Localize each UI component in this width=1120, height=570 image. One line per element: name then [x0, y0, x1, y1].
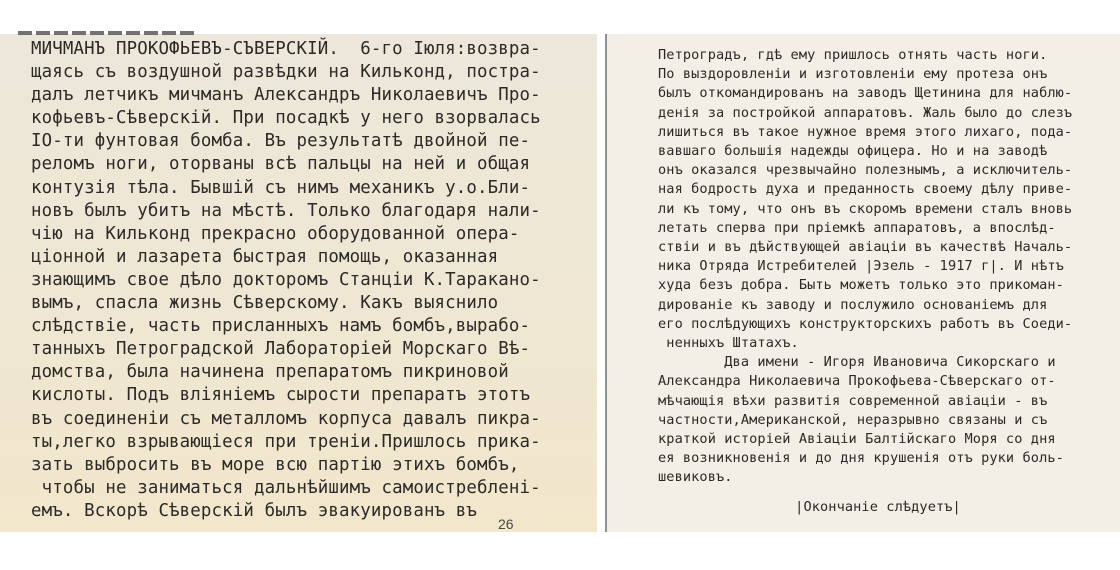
- left-page-line: слѣдствіе, часть присланныхъ намъ бомбъ,…: [31, 315, 591, 338]
- right-page-line: Александра Николаевича Прокофьева-Сѣверс…: [658, 372, 1118, 391]
- page-number: 26: [498, 516, 514, 532]
- right-page-line: По выздоровленіи и изготовленіи ему прот…: [658, 65, 1118, 84]
- right-page-line: онъ оказался чрезвычайно полезнымъ, а ис…: [658, 161, 1118, 180]
- left-page-line: въ соединеніи съ металломъ корпуса давал…: [31, 408, 591, 431]
- right-page-line: ли къ тому, что онъ въ скоромъ времени с…: [658, 200, 1118, 219]
- left-page: МИЧМАНЪ ПРОКОФЬЕВЪ-СЪВЕРСКІЙ. 6-го Іюля:…: [0, 34, 597, 532]
- right-page-line: денія за постройкой аппаратовъ. Жаль был…: [658, 104, 1118, 123]
- right-page-line: вавшаго большія надежды офицера. Но и на…: [658, 142, 1118, 161]
- right-page-line: ствіи и въ дѣйствующей авіаціи въ качест…: [658, 238, 1118, 257]
- left-page-line: зать выбросить въ море всю партію этихъ …: [31, 454, 591, 477]
- left-page-line: чтобы не заниматься дальнѣйшимъ самоистр…: [31, 477, 591, 500]
- left-page-line: танныхъ Петроградской Лабораторіей Морск…: [31, 338, 591, 361]
- right-page-line: его послѣдующихъ конструкторскихъ работъ…: [658, 315, 1118, 334]
- right-page-line: частности,Американской, неразрывно связа…: [658, 411, 1118, 430]
- right-page-text: Петроградъ, гдѣ ему пришлось отнять част…: [658, 46, 1118, 517]
- left-page-line: реломъ ноги, оторваны всѣ пальцы на ней …: [31, 153, 591, 176]
- left-page-line: домства, была начинена препаратомъ пикри…: [31, 361, 591, 384]
- right-page-line: дированіе къ заводу и послужило основані…: [658, 296, 1118, 315]
- left-page-line: ціонной и лазарета быстрая помощь, оказа…: [31, 246, 591, 269]
- right-page-line: худа безъ добра. Быть можетъ только это …: [658, 276, 1118, 295]
- left-page-line: чію на Кильконд прекрасно оборудованной …: [31, 223, 591, 246]
- left-page-line: знающимъ свое дѣло докторомъ Станціи К.Т…: [31, 269, 591, 292]
- right-page-line: ея возникновенія и до дня крушенія отъ р…: [658, 449, 1118, 468]
- left-page-line: кислоты. Подъ вліяніемъ сырости препарат…: [31, 384, 591, 407]
- right-page-line: ная бодрость духа и преданность своему д…: [658, 180, 1118, 199]
- right-page-line: Два имени - Игоря Ивановича Сикорскаго и: [658, 353, 1118, 372]
- left-page-line: контузія тѣла. Бывшій съ нимъ механикъ у…: [31, 177, 591, 200]
- right-page-line: былъ откомандированъ на заводъ Щетинина …: [658, 84, 1118, 103]
- left-page-line: вымъ, спасла жизнь Сѣверскому. Какъ выяс…: [31, 292, 591, 315]
- right-page-line: ника Отряда Истребителей |Эзель - 1917 г…: [658, 257, 1118, 276]
- right-page-line: Петроградъ, гдѣ ему пришлось отнять част…: [658, 46, 1118, 65]
- right-page-line: ненныхъ Штатахъ.: [658, 334, 1118, 353]
- right-page-line: шевиковъ.: [658, 468, 1118, 487]
- right-page-line: краткой исторіей Авіаціи Балтійскаго Мор…: [658, 430, 1118, 449]
- right-page-line: летать сперва при пріемкѣ аппаратовъ, а …: [658, 219, 1118, 238]
- left-page-line: кофьевъ-Сѣверскій. При посадкѣ у него вз…: [31, 107, 591, 130]
- right-page-line: лишиться въ такое нужное время этого лих…: [658, 123, 1118, 142]
- left-page-line: МИЧМАНЪ ПРОКОФЬЕВЪ-СЪВЕРСКІЙ. 6-го Іюля:…: [31, 38, 591, 61]
- cut-off-heading-fragment: [18, 31, 198, 35]
- left-page-text: МИЧМАНЪ ПРОКОФЬЕВЪ-СЪВЕРСКІЙ. 6-го Іюля:…: [31, 38, 591, 523]
- left-page-line: новъ былъ убитъ на мѣстѣ. Только благода…: [31, 200, 591, 223]
- right-page-line: мѣчающія вѣхи развитія современной авіац…: [658, 392, 1118, 411]
- right-page: Петроградъ, гдѣ ему пришлось отнять част…: [605, 34, 1120, 532]
- left-page-line: ты,легко взрывающіеся при треніи.Пришлос…: [31, 431, 591, 454]
- left-page-line: щаясь съ воздушной развѣдки на Кильконд,…: [31, 61, 591, 84]
- to-be-continued-note: |Окончаніе слѣдуетъ|: [658, 498, 1118, 517]
- left-page-line: далъ летчикъ мичманъ Александръ Николаев…: [31, 84, 591, 107]
- left-page-line: IO-ти фунтовая бомба. Въ результатѣ двой…: [31, 130, 591, 153]
